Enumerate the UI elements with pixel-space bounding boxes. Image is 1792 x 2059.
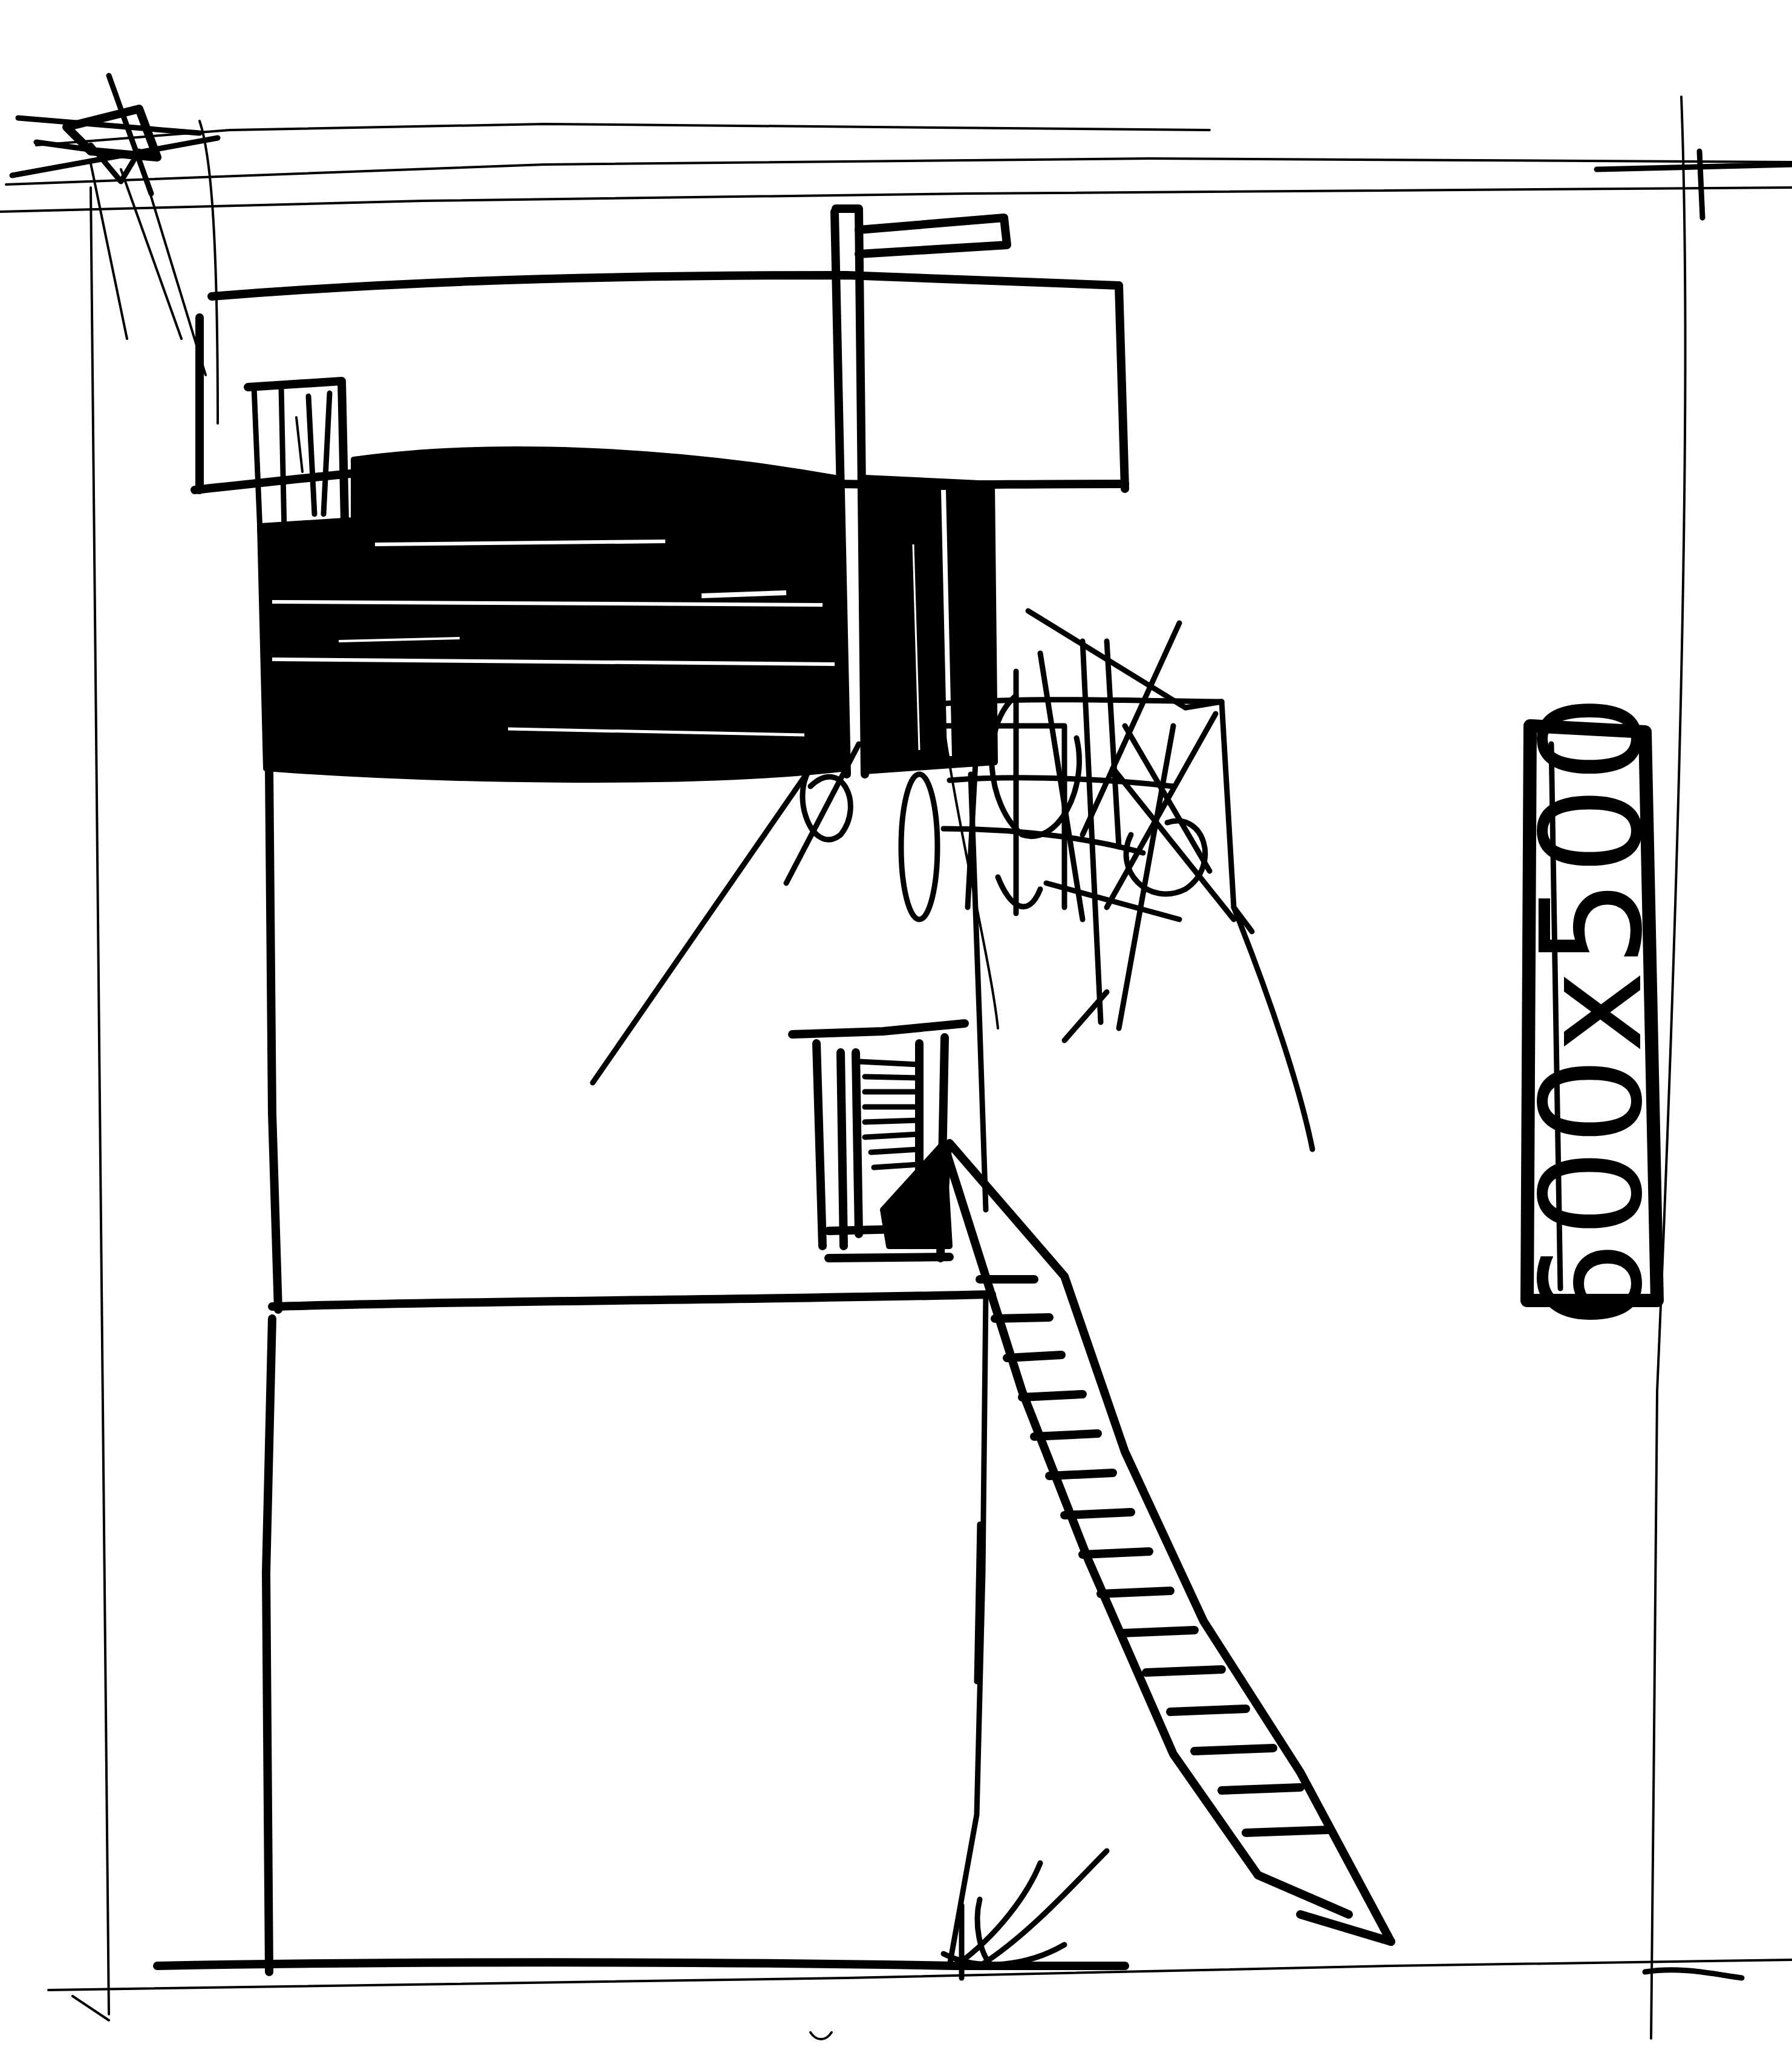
shaded-floor-band [260, 449, 995, 780]
dimension-label-text: 600x500 [1512, 691, 1673, 1330]
sketch-canvas: 600x500 [0, 0, 1792, 2059]
dimension-label: 600x500 [1512, 691, 1673, 1330]
